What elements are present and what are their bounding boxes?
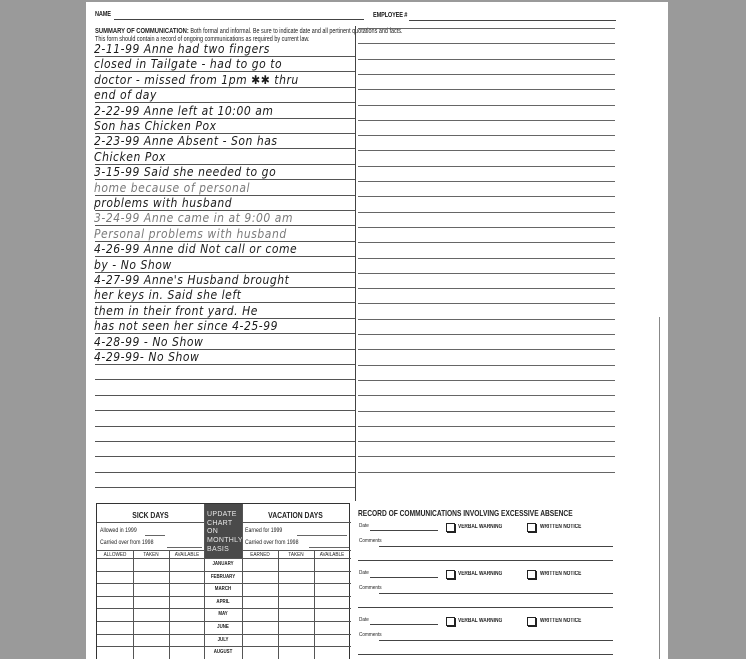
ruled-line <box>358 105 615 106</box>
handwritten-entry: has not seen her since 4-25-99 <box>94 319 278 333</box>
date-field-line[interactable] <box>370 530 438 531</box>
ruled-line <box>358 212 615 213</box>
vacation-column-header: EARNED <box>245 552 276 558</box>
comments-field-line[interactable] <box>358 560 613 561</box>
name-field-line <box>114 19 364 20</box>
ruled-line <box>95 441 355 442</box>
ruled-line <box>358 135 615 136</box>
ruled-line <box>358 120 615 121</box>
handwritten-entry: 2-11-99 Anne had two fingers <box>94 42 270 56</box>
ruled-line <box>95 487 355 488</box>
scan-edge-artifact <box>659 317 660 659</box>
handwritten-entry: Personal problems with husband <box>94 227 287 241</box>
vacation-days-title: VACATION DAYS <box>253 510 339 520</box>
month-label: JANUARY <box>208 561 238 567</box>
month-label: MARCH <box>208 586 238 592</box>
ruled-line <box>358 28 615 29</box>
ruled-line <box>95 364 355 365</box>
vacation-earned-label: Earned for 1999 <box>245 527 282 534</box>
handwritten-entry: 2-22-99 Anne left at 10:00 am <box>94 104 274 118</box>
ruled-line <box>358 334 615 335</box>
vacation-carried-label: Carried over from 1998 <box>245 539 298 546</box>
verbal-warning-checkbox[interactable] <box>446 617 455 626</box>
comments-field-line[interactable] <box>358 607 613 608</box>
comments-label: Comments <box>359 538 382 544</box>
ruled-line <box>358 303 615 304</box>
sick-allowed-label: Allowed in 1999 <box>100 527 137 534</box>
ruled-line <box>358 456 615 457</box>
handwritten-entry: Son has Chicken Pox <box>94 119 217 133</box>
handwritten-entry: by - No Show <box>94 258 172 272</box>
ruled-line <box>95 456 355 457</box>
handwritten-entry: 4-26-99 Anne did Not call or come <box>94 242 297 256</box>
handwritten-entry: end of day <box>94 88 157 102</box>
ruled-line <box>358 166 615 167</box>
written-notice-label: WRITTEN NOTICE <box>540 524 581 530</box>
handwritten-entry: problems with husband <box>94 196 232 210</box>
handwritten-entry: closed in Tailgate - had to go to <box>94 57 282 71</box>
sick-days-title: SICK DAYS <box>108 510 194 520</box>
attendance-table: SICK DAYS Allowed in 1999 Carried over f… <box>96 503 350 659</box>
written-notice-label: WRITTEN NOTICE <box>540 571 581 577</box>
comments-field-line[interactable] <box>379 546 613 547</box>
ruled-line <box>358 227 615 228</box>
ruled-line <box>358 365 615 366</box>
month-label: JULY <box>208 637 238 643</box>
ruled-line <box>358 472 615 473</box>
month-label: AUGUST <box>208 649 238 655</box>
column-divider <box>355 26 356 501</box>
date-label: Date <box>359 617 369 623</box>
ruled-line <box>358 258 615 259</box>
ruled-line <box>358 150 615 151</box>
month-label: APRIL <box>208 599 238 605</box>
comments-label: Comments <box>359 585 382 591</box>
comments-label: Comments <box>359 632 382 638</box>
update-chart-note: UPDATE CHART ON MONTHLY BASIS <box>204 504 242 558</box>
employee-number-label: EMPLOYEE # <box>373 12 407 19</box>
ruled-line <box>358 43 615 44</box>
handwritten-entry: 4-28-99 - No Show <box>94 335 203 349</box>
summary-heading: SUMMARY OF COMMUNICATION: <box>95 26 189 35</box>
handwritten-entry: 4-29-99- No Show <box>94 350 199 364</box>
ruled-line <box>358 288 615 289</box>
month-label: FEBRUARY <box>208 574 238 580</box>
handwritten-entry: Chicken Pox <box>94 150 166 164</box>
date-label: Date <box>359 523 369 529</box>
handwritten-entry: doctor - missed from 1pm ✱✱ thru <box>94 73 299 87</box>
ruled-line <box>95 410 355 411</box>
handwritten-entry: 2-23-99 Anne Absent - Son has <box>94 134 278 148</box>
verbal-warning-label: VERBAL WARNING <box>458 524 502 530</box>
date-label: Date <box>359 570 369 576</box>
ruled-line <box>358 181 615 182</box>
written-notice-checkbox[interactable] <box>527 523 536 532</box>
handwritten-entry: them in their front yard. He <box>94 304 258 318</box>
ruled-line <box>358 380 615 381</box>
verbal-warning-label: VERBAL WARNING <box>458 571 502 577</box>
ruled-line <box>358 196 615 197</box>
sick-column-header: TAKEN <box>136 552 167 558</box>
sick-carried-label: Carried over from 1998 <box>100 539 153 546</box>
ruled-line <box>358 74 615 75</box>
ruled-line <box>358 89 615 90</box>
scanned-form-page: NAME EMPLOYEE # SUMMARY OF COMMUNICATION… <box>86 2 668 659</box>
ruled-line <box>95 395 355 396</box>
month-label: JUNE <box>208 624 238 630</box>
absence-record-title: RECORD OF COMMUNICATIONS INVOLVING EXCES… <box>358 508 573 518</box>
date-field-line[interactable] <box>370 577 438 578</box>
ruled-line <box>358 426 615 427</box>
ruled-line <box>95 472 355 473</box>
ruled-line <box>358 411 615 412</box>
comments-field-line[interactable] <box>379 640 613 641</box>
ruled-line <box>358 59 615 60</box>
sick-column-header: ALLOWED <box>100 552 131 558</box>
verbal-warning-checkbox[interactable] <box>446 523 455 532</box>
ruled-line <box>358 319 615 320</box>
ruled-line <box>358 349 615 350</box>
ruled-line <box>95 426 355 427</box>
month-label: MAY <box>208 611 238 617</box>
date-field-line[interactable] <box>370 624 438 625</box>
ruled-line <box>358 273 615 274</box>
written-notice-label: WRITTEN NOTICE <box>540 618 581 624</box>
ruled-line <box>358 441 615 442</box>
ruled-line <box>358 242 615 243</box>
ruled-line <box>95 379 355 380</box>
vacation-column-header: TAKEN <box>281 552 312 558</box>
handwritten-entry: home because of personal <box>94 181 250 195</box>
verbal-warning-label: VERBAL WARNING <box>458 618 502 624</box>
vacation-column-header: AVAILABLE <box>317 552 348 558</box>
written-notice-checkbox[interactable] <box>527 617 536 626</box>
comments-field-line[interactable] <box>379 593 613 594</box>
name-label: NAME <box>95 11 111 18</box>
ruled-line <box>358 395 615 396</box>
summary-line-1: Both formal and informal. Be sure to ind… <box>190 28 402 35</box>
handwritten-entry: 3-24-99 Anne came in at 9:00 am <box>94 211 293 225</box>
handwritten-entry: her keys in. Said she left <box>94 288 241 302</box>
written-notice-checkbox[interactable] <box>527 570 536 579</box>
sick-column-header: AVAILABLE <box>172 552 203 558</box>
handwritten-entry: 3-15-99 Said she needed to go <box>94 165 276 179</box>
comments-field-line[interactable] <box>358 654 613 655</box>
verbal-warning-checkbox[interactable] <box>446 570 455 579</box>
employee-number-field-line <box>409 20 616 21</box>
handwritten-entry: 4-27-99 Anne's Husband brought <box>94 273 289 287</box>
